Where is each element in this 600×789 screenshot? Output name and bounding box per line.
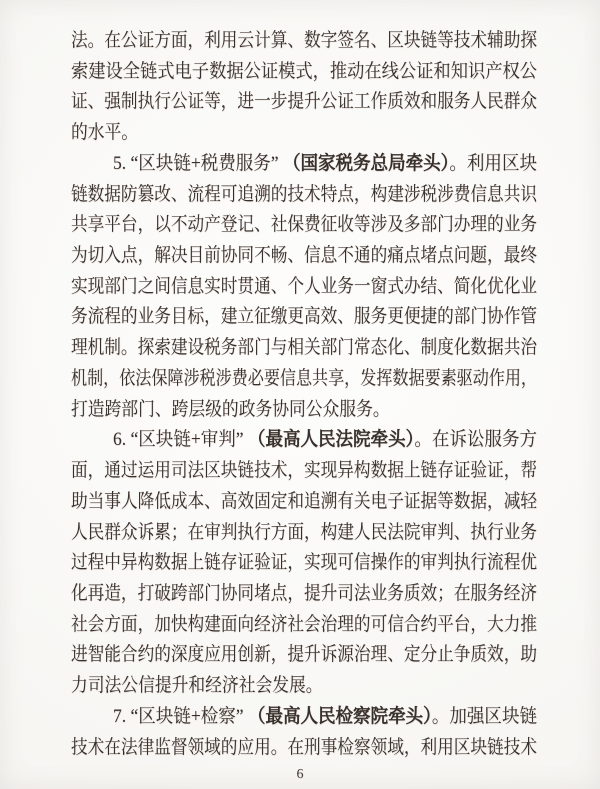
text-line: 面，通过运用司法区块链技术，实现异构数据上链存证验证，帮 <box>71 456 537 487</box>
text-line: 机制，依法保障涉税涉费必要信息共享，发挥数据要素驱动作用， <box>71 364 537 395</box>
body-text-run: 理机制。探索建设税务部门与相关部门常态化、制度化数据共治 <box>71 337 537 358</box>
text-line: 进智能合约的深度应用创新，提升诉源治理、定分止争质效，助 <box>71 640 537 671</box>
body-text-run: 。利用区块 <box>449 153 537 174</box>
page-footer: 6 <box>0 763 600 787</box>
scanned-document-page: 法。在公证方面，利用云计算、数字签名、区块链等技术辅助探索建设全链式电子数据公证… <box>0 0 600 789</box>
text-line: 理机制。探索建设税务部门与相关部门常态化、制度化数据共治 <box>71 333 537 364</box>
body-text-run: 6. “区块链+审判” <box>113 429 248 450</box>
text-line: 力司法公信提升和经济社会发展。 <box>71 671 537 702</box>
text-line: 实现部门之间信息实时贯通、个人业务一窗式办结、简化优化业 <box>71 272 537 303</box>
page-number: 6 <box>297 763 304 787</box>
body-text-run: 实现部门之间信息实时贯通、个人业务一窗式办结、简化优化业 <box>71 276 537 297</box>
body-text-run: 务流程的业务目标，建立征缴更高效、服务更便捷的部门协作管 <box>71 306 537 327</box>
text-line-content: 7. “区块链+检察” （最高人民检察院牵头）。加强区块链 <box>113 702 537 733</box>
text-line-content: 过程中异构数据上链存证验证，实现可信操作的审判执行流程优 <box>71 548 537 579</box>
text-line: 技术在法律监督领域的应用。在刑事检察领域，利用区块链技术 <box>71 733 537 764</box>
body-text-run: 链数据防篡改、流程可追溯的技术特点，构建涉税涉费信息共识 <box>71 184 537 205</box>
text-line: 化再造，打破跨部门协同堵点，提升司法业务质效；在服务经济 <box>71 579 537 610</box>
text-line: 6. “区块链+审判” （最高人民法院牵头）。在诉讼服务方 <box>71 425 537 456</box>
body-text: 法。在公证方面，利用云计算、数字签名、区块链等技术辅助探索建设全链式电子数据公证… <box>71 26 537 763</box>
body-text-run: 法。在公证方面，利用云计算、数字签名、区块链等技术辅助探 <box>71 30 537 51</box>
body-text-run: 技术在法律监督领域的应用。在刑事检察领域，利用区块链技术 <box>71 737 537 758</box>
body-text-run: 。加强区块链 <box>432 706 537 727</box>
text-line: 的水平。 <box>71 118 537 149</box>
text-line: 共享平台，以不动产登记、社保费征收等涉及多部门办理的业务 <box>71 210 537 241</box>
text-line-content: 技术在法律监督领域的应用。在刑事检察领域，利用区块链技术 <box>71 733 537 764</box>
text-line: 5. “区块链+税费服务” （国家税务总局牵头）。利用区块 <box>71 149 537 180</box>
text-line-content: 务流程的业务目标，建立征缴更高效、服务更便捷的部门协作管 <box>71 302 537 333</box>
text-line-content: 社会方面，加快构建面向经济社会治理的可信合约平台，大力推 <box>71 610 537 641</box>
body-text-run: 机制，依法保障涉税涉费必要信息共享，发挥数据要素驱动作用， <box>71 368 537 389</box>
body-text-run: 的水平。 <box>71 122 138 143</box>
text-line-content: 法。在公证方面，利用云计算、数字签名、区块链等技术辅助探 <box>71 26 537 57</box>
body-text-run: 7. “区块链+检察” <box>113 706 248 727</box>
text-line: 链数据防篡改、流程可追溯的技术特点，构建涉税涉费信息共识 <box>71 180 537 211</box>
text-line-content: 进智能合约的深度应用创新，提升诉源治理、定分止争质效，助 <box>71 640 537 671</box>
text-line: 打造跨部门、跨层级的政务协同公众服务。 <box>71 395 537 426</box>
body-text-run: 助当事人降低成本、高效固定和追溯有关电子证据等数据，减轻 <box>71 491 537 512</box>
lead-unit-label: （国家税务总局牵头） <box>283 153 449 174</box>
lead-unit-label: （最高人民检察院牵头） <box>248 706 432 727</box>
text-line-content: 化再造，打破跨部门协同堵点，提升司法业务质效；在服务经济 <box>71 579 537 610</box>
text-line: 法。在公证方面，利用云计算、数字签名、区块链等技术辅助探 <box>71 26 537 57</box>
text-line-content: 的水平。 <box>71 118 138 149</box>
text-line-content: 人民群众诉累；在审判执行方面，构建人民法院审判、执行业务 <box>71 518 537 549</box>
text-line-content: 助当事人降低成本、高效固定和追溯有关电子证据等数据，减轻 <box>71 487 537 518</box>
body-text-run: 化再造，打破跨部门协同堵点，提升司法业务质效；在服务经济 <box>71 583 537 604</box>
text-line-content: 链数据防篡改、流程可追溯的技术特点，构建涉税涉费信息共识 <box>71 180 537 211</box>
text-line: 证、强制执行公证等，进一步提升公证工作质效和服务人民群众 <box>71 87 537 118</box>
body-text-run: 面，通过运用司法区块链技术，实现异构数据上链存证验证，帮 <box>71 460 537 481</box>
body-text-run: 5. “区块链+税费服务” <box>113 153 283 174</box>
body-text-run: 力司法公信提升和经济社会发展。 <box>71 675 323 696</box>
text-line-content: 为切入点，解决目前协同不畅、信息不通的痛点堵点问题，最终 <box>71 241 537 272</box>
text-line-content: 证、强制执行公证等，进一步提升公证工作质效和服务人民群众 <box>71 87 537 118</box>
text-line: 人民群众诉累；在审判执行方面，构建人民法院审判、执行业务 <box>71 518 537 549</box>
text-line-content: 索建设全链式电子数据公证模式，推动在线公证和知识产权公 <box>71 57 537 88</box>
text-line: 过程中异构数据上链存证验证，实现可信操作的审判执行流程优 <box>71 548 537 579</box>
text-line: 索建设全链式电子数据公证模式，推动在线公证和知识产权公 <box>71 57 537 88</box>
text-line-content: 理机制。探索建设税务部门与相关部门常态化、制度化数据共治 <box>71 333 537 364</box>
body-text-run: 证、强制执行公证等，进一步提升公证工作质效和服务人民群众 <box>71 91 537 112</box>
body-text-run: 。在诉讼服务方 <box>414 429 537 450</box>
lead-unit-label: （最高人民法院牵头） <box>248 429 414 450</box>
body-text-run: 人民群众诉累；在审判执行方面，构建人民法院审判、执行业务 <box>71 522 537 543</box>
text-line: 务流程的业务目标，建立征缴更高效、服务更便捷的部门协作管 <box>71 302 537 333</box>
text-line-content: 5. “区块链+税费服务” （国家税务总局牵头）。利用区块 <box>113 149 537 180</box>
text-line: 为切入点，解决目前协同不畅、信息不通的痛点堵点问题，最终 <box>71 241 537 272</box>
body-text-run: 共享平台，以不动产登记、社保费征收等涉及多部门办理的业务 <box>71 214 537 235</box>
text-line-content: 实现部门之间信息实时贯通、个人业务一窗式办结、简化优化业 <box>71 272 537 303</box>
text-line-content: 打造跨部门、跨层级的政务协同公众服务。 <box>71 395 390 426</box>
text-line: 社会方面，加快构建面向经济社会治理的可信合约平台，大力推 <box>71 610 537 641</box>
text-line: 7. “区块链+检察” （最高人民检察院牵头）。加强区块链 <box>71 702 537 733</box>
text-line-content: 面，通过运用司法区块链技术，实现异构数据上链存证验证，帮 <box>71 456 537 487</box>
body-text-run: 索建设全链式电子数据公证模式，推动在线公证和知识产权公 <box>71 61 537 82</box>
body-text-run: 社会方面，加快构建面向经济社会治理的可信合约平台，大力推 <box>71 614 537 635</box>
text-line-content: 共享平台，以不动产登记、社保费征收等涉及多部门办理的业务 <box>71 210 537 241</box>
text-line-content: 机制，依法保障涉税涉费必要信息共享，发挥数据要素驱动作用， <box>71 364 537 395</box>
body-text-run: 为切入点，解决目前协同不畅、信息不通的痛点堵点问题，最终 <box>71 245 537 266</box>
text-line-content: 力司法公信提升和经济社会发展。 <box>71 671 323 702</box>
body-text-run: 打造跨部门、跨层级的政务协同公众服务。 <box>71 399 390 420</box>
body-text-run: 进智能合约的深度应用创新，提升诉源治理、定分止争质效，助 <box>71 644 537 665</box>
text-line-content: 6. “区块链+审判” （最高人民法院牵头）。在诉讼服务方 <box>113 425 537 456</box>
text-line: 助当事人降低成本、高效固定和追溯有关电子证据等数据，减轻 <box>71 487 537 518</box>
body-text-run: 过程中异构数据上链存证验证，实现可信操作的审判执行流程优 <box>71 552 537 573</box>
